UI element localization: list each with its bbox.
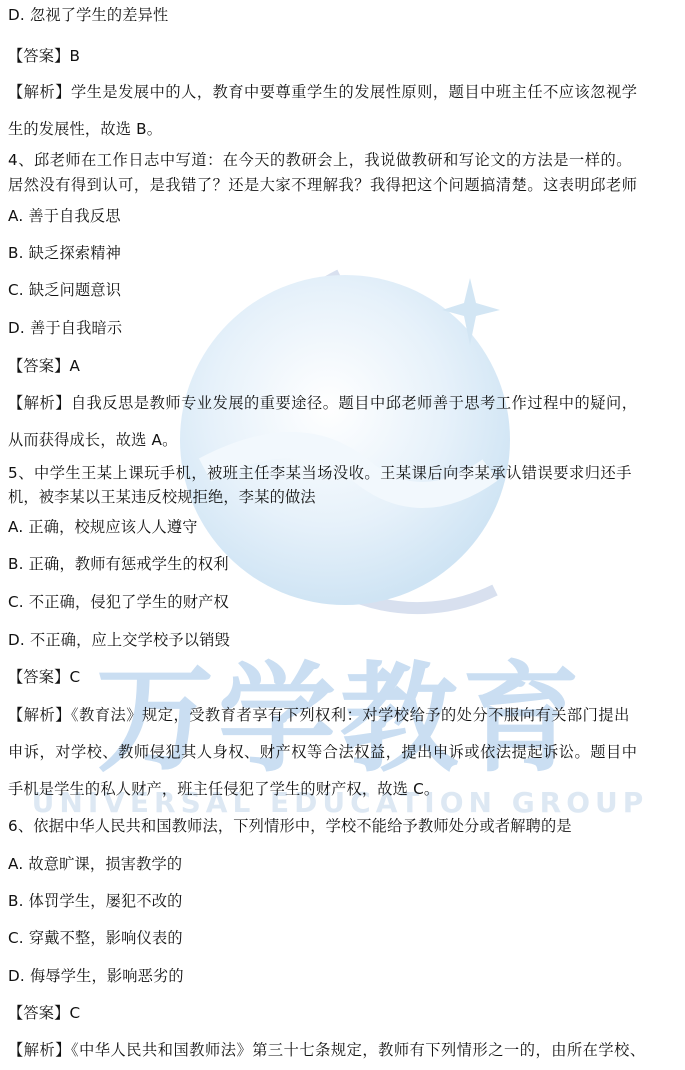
text-line: D. 忽视了学生的差异性 (8, 5, 168, 25)
text-line: A. 善于自我反思 (8, 206, 121, 226)
text-line: 申诉，对学校、教师侵犯其人身权、财产权等合法权益，提出申诉或依法提起诉讼。题目中 (8, 742, 638, 762)
text-line: D. 侮辱学生，影响恶劣的 (8, 966, 184, 986)
text-line: 【答案】B (8, 46, 80, 66)
text-line: 生的发展性，故选 B。 (8, 119, 162, 139)
text-line: 手机是学生的私人财产，班主任侵犯了学生的财产权，故选 C。 (8, 779, 439, 799)
star-icon (442, 278, 500, 345)
text-line: 【答案】A (8, 356, 80, 376)
text-line: 居然没有得到认可，是我错了？还是大家不理解我？我得把这个问题搞清楚。这表明邱老师 (8, 175, 638, 195)
text-line: D. 善于自我暗示 (8, 318, 122, 338)
text-line: 【答案】C (8, 667, 80, 687)
text-line: 【解析】《教育法》规定，受教育者享有下列权利：对学校给予的处分不服向有关部门提出 (8, 705, 630, 725)
text-line: C. 穿戴不整，影响仪表的 (8, 928, 183, 948)
text-line: B. 正确，教师有惩戒学生的权利 (8, 554, 229, 574)
text-line: B. 缺乏探索精神 (8, 243, 121, 263)
text-line: 【解析】学生是发展中的人，教育中要尊重学生的发展性原则，题目中班主任不应该忽视学 (8, 82, 638, 102)
text-line: A. 故意旷课，损害教学的 (8, 854, 182, 874)
text-line: 5、中学生王某上课玩手机，被班主任李某当场没收。王某课后向李某承认错误要求归还手 (8, 463, 632, 483)
text-line: 【解析】《中华人民共和国教师法》第三十七条规定，教师有下列情形之一的，由所在学校… (8, 1040, 646, 1060)
text-line: C. 缺乏问题意识 (8, 280, 121, 300)
text-line: D. 不正确，应上交学校予以销毁 (8, 630, 230, 650)
text-line: 【解析】自我反思是教师专业发展的重要途径。题目中邱老师善于思考工作过程中的疑问， (8, 393, 638, 413)
text-line: 6、依据中华人民共和国教师法，下列情形中，学校不能给予教师处分或者解聘的是 (8, 816, 572, 836)
text-line: 从而获得成长，故选 A。 (8, 430, 178, 450)
text-line: 机，被李某以王某违反校规拒绝，李某的做法 (8, 487, 316, 507)
text-line: 【答案】C (8, 1003, 80, 1023)
text-line: 4、邱老师在工作日志中写道：在今天的教研会上，我说做教研和写论文的方法是一样的。 (8, 150, 632, 170)
globe-icon (180, 275, 510, 608)
text-line: C. 不正确，侵犯了学生的财产权 (8, 592, 229, 612)
text-line: B. 体罚学生，屡犯不改的 (8, 891, 183, 911)
text-line: A. 正确，校规应该人人遵守 (8, 517, 198, 537)
